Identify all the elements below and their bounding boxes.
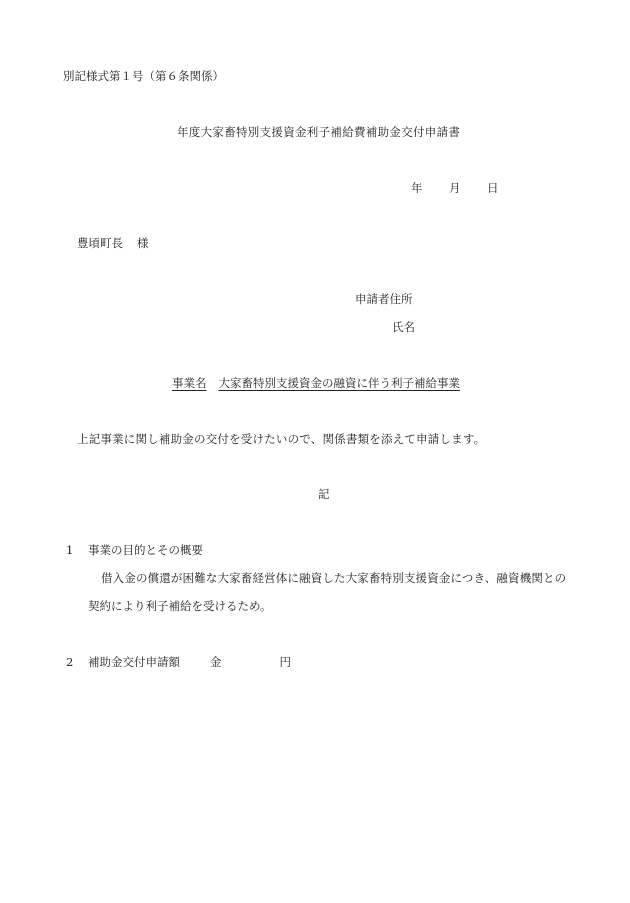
application-statement: 上記事業に関し補助金の交付を受けたいので、関係書類を添えて申請します。 <box>77 434 485 446</box>
addressee: 豊頃町長様 <box>77 238 149 250</box>
item-1-heading: 1事業の目的とその概要 <box>66 545 203 557</box>
addressee-name: 豊頃町長 <box>77 236 123 250</box>
date-year-label: 年 <box>411 183 449 195</box>
applicant-address-label: 申請者住所 <box>355 294 413 306</box>
project-name-value: 大家畜特別支援資金の融資に伴う利子補給事業 <box>219 376 461 390</box>
applicant-name-label: 氏名 <box>392 322 415 334</box>
date-field: 年 月 日 <box>411 183 499 195</box>
ki-heading: 記 <box>318 489 330 501</box>
addressee-honorific: 様 <box>137 236 149 250</box>
date-month-label: 月 <box>449 183 487 195</box>
document-title: 年度大家畜特別支援資金利子補給費補助金交付申請書 <box>177 127 460 139</box>
item-1-title: 事業の目的とその概要 <box>88 543 203 557</box>
item-2-title: 補助金交付申請額 <box>88 655 180 669</box>
item-1-number: 1 <box>66 545 88 557</box>
amount-prefix: 金 <box>210 655 222 669</box>
date-day-label: 日 <box>487 183 499 195</box>
form-number-label: 別記様式第１号（第６条関係） <box>63 71 224 83</box>
item-2-number: 2 <box>66 657 88 669</box>
item-1-body-line-1: 借入金の償還が困難な大家畜経営体に融資した大家畜特別支援資金につき、融資機関との <box>101 573 566 585</box>
project-name-label: 事業名 <box>172 376 207 390</box>
project-name: 事業名大家畜特別支援資金の融資に伴う利子補給事業 <box>172 378 460 390</box>
item-1-body-line-2: 契約により利子補給を受けるため。 <box>88 601 272 613</box>
item-2-heading: 2補助金交付申請額金円 <box>66 657 291 669</box>
amount-suffix: 円 <box>280 655 292 669</box>
